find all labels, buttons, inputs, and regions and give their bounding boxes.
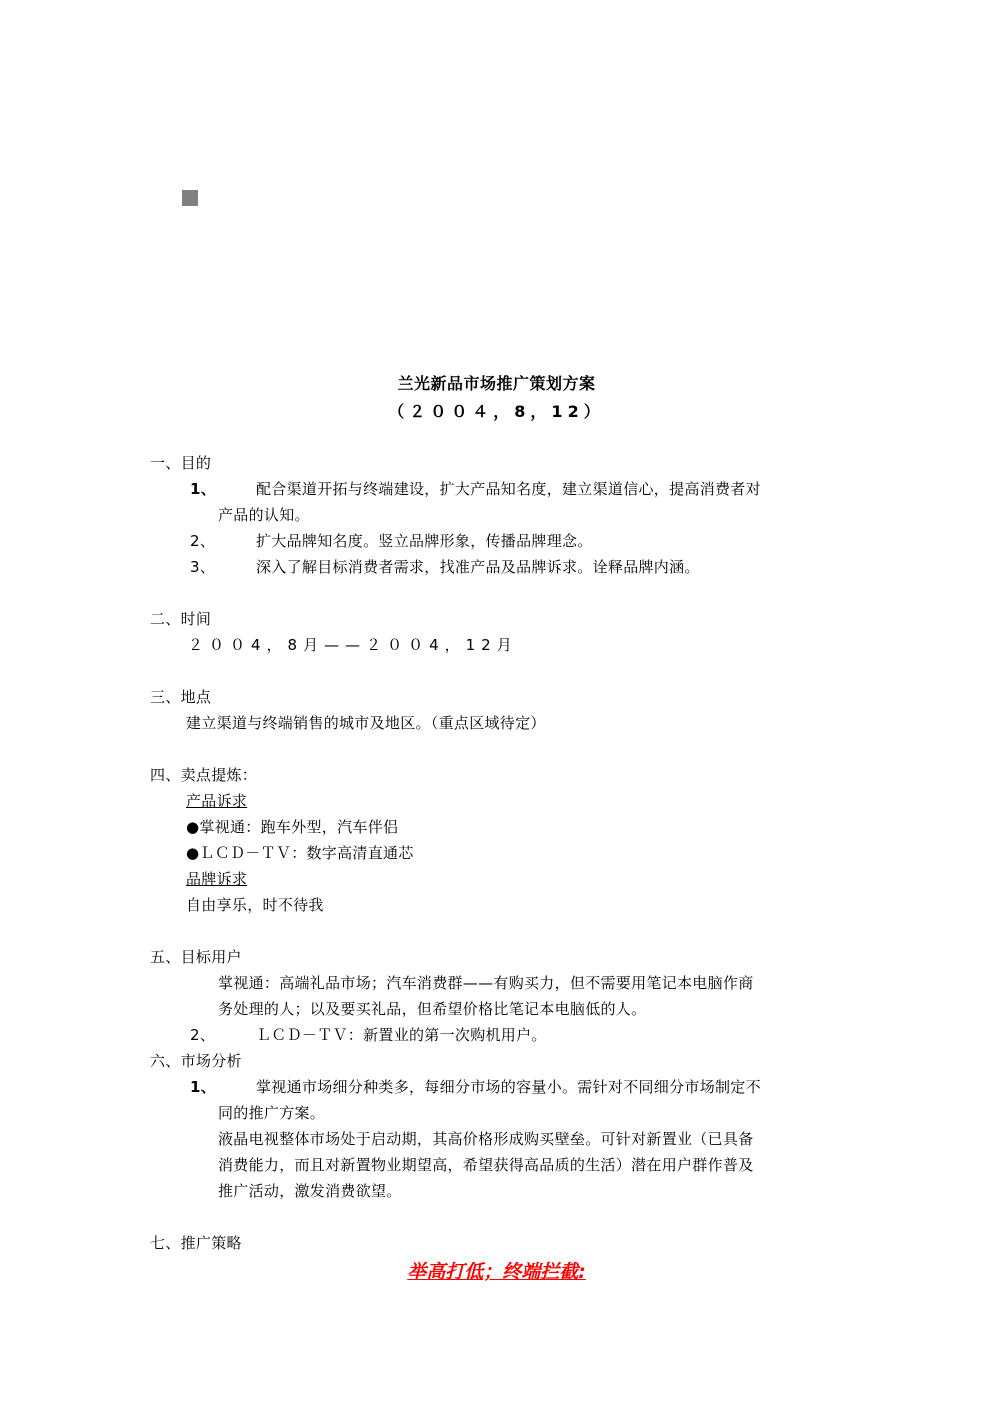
item-number: 2、: [190, 531, 256, 551]
purpose-item-1-continuation: 产品的认知。: [218, 505, 310, 525]
item-text: 配合渠道开拓与终端建设，扩大产品知名度，建立渠道信心，提高消费者对: [256, 480, 761, 498]
section-heading-strategy: 七、推广策略: [150, 1233, 242, 1253]
section-heading-selling-points: 四、卖点提炼：: [150, 765, 257, 785]
time-range: ２００4，8月——２００4，12月: [188, 635, 518, 655]
target-users-line-1: 掌视通：高端礼品市场；汽车消费群——有购买力，但不需要用笔记本电脑作商: [218, 973, 754, 993]
gray-square-marker: [182, 190, 198, 206]
purpose-item-2: 2、扩大品牌知名度。竖立品牌形象，传播品牌理念。: [190, 531, 593, 551]
market-analysis-item-1-continuation: 同的推广方案。: [218, 1103, 325, 1123]
document-title: 兰光新品市场推广策划方案: [0, 373, 993, 395]
product-appeal-item: ●掌视通：跑车外型，汽车伴侣: [186, 817, 398, 837]
item-number: 1、: [190, 479, 256, 499]
purpose-item-3: 3、深入了解目标消费者需求，找准产品及品牌诉求。诠释品牌内涵。: [190, 557, 700, 577]
item-number: 2、: [190, 1025, 256, 1045]
item-number: 3、: [190, 557, 256, 577]
item-text: ＬＣＤ－ＴＶ：新置业的第一次购机用户。: [256, 1026, 547, 1044]
section-heading-market-analysis: 六、市场分析: [150, 1051, 242, 1071]
market-analysis-paragraph-line: 消费能力，而且对新置物业期望高，希望获得高品质的生活）潜在用户群作普及: [218, 1155, 754, 1175]
section-heading-target-users: 五、目标用户: [150, 947, 242, 967]
item-text: 掌视通市场细分种类多，每细分市场的容量小。需针对不同细分市场制定不: [256, 1078, 761, 1096]
product-appeal-label: 产品诉求: [186, 791, 247, 811]
purpose-item-1: 1、配合渠道开拓与终端建设，扩大产品知名度，建立渠道信心，提高消费者对: [190, 479, 761, 499]
brand-appeal-label: 品牌诉求: [186, 869, 247, 889]
target-users-item-2: 2、ＬＣＤ－ＴＶ：新置业的第一次购机用户。: [190, 1025, 547, 1045]
brand-appeal-text: 自由享乐，时不待我: [186, 895, 324, 915]
document-page: 兰光新品市场推广策划方案 （２００４，8，12） 一、目的 1、配合渠道开拓与终…: [0, 0, 993, 1404]
target-users-line-2: 务处理的人；以及要买礼品，但希望价格比笔记本电脑低的人。: [218, 999, 646, 1019]
location-text: 建立渠道与终端销售的城市及地区。（重点区域待定）: [186, 713, 546, 733]
strategy-highlight: 举高打低；终端拦截:: [0, 1260, 993, 1284]
item-text: 扩大品牌知名度。竖立品牌形象，传播品牌理念。: [256, 532, 593, 550]
market-analysis-item-1: 1、掌视通市场细分种类多，每细分市场的容量小。需针对不同细分市场制定不: [190, 1077, 761, 1097]
section-heading-time: 二、时间: [150, 609, 211, 629]
item-text: 深入了解目标消费者需求，找准产品及品牌诉求。诠释品牌内涵。: [256, 558, 700, 576]
product-appeal-item: ●ＬＣＤ－ＴＶ：数字高清直通芯: [186, 843, 414, 863]
market-analysis-paragraph-line: 推广活动，激发消费欲望。: [218, 1181, 402, 1201]
section-heading-purpose: 一、目的: [150, 453, 211, 473]
document-date: （２００４，8，12）: [0, 401, 993, 423]
item-number: 1、: [190, 1077, 256, 1097]
market-analysis-paragraph-line: 液晶电视整体市场处于启动期，其高价格形成购买壁垒。可针对新置业（已具备: [218, 1129, 754, 1149]
section-heading-location: 三、地点: [150, 687, 211, 707]
